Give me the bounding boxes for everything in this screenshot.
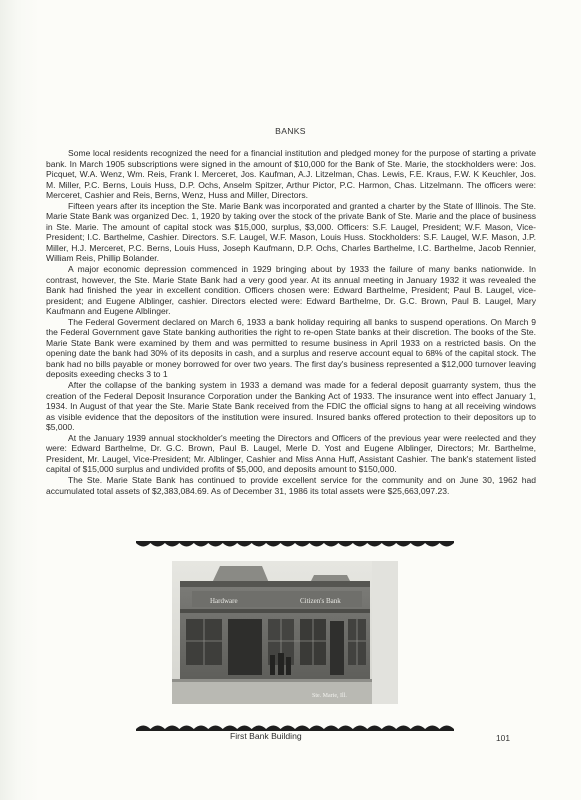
paragraph-5: After the collapse of the banking system… (46, 380, 536, 433)
scalloped-border-bottom (136, 724, 454, 731)
street-label: Ste. Marie, Ill. (312, 693, 347, 699)
scalloped-border-top (136, 541, 454, 548)
paragraph-7: The Ste. Marie State Bank has continued … (46, 475, 536, 496)
storefront-illustration: Hardware Citizen's Bank Ste. Marie, Ill. (172, 561, 398, 704)
page-number: 101 (496, 733, 510, 743)
sign-hardware: Hardware (210, 597, 238, 605)
paragraph-4: The Federal Goverment declared on March … (46, 317, 536, 380)
paragraph-6: At the January 1939 annual stockholder's… (46, 433, 536, 475)
page-title: BANKS (0, 126, 581, 136)
bank-building-photo: Hardware Citizen's Bank Ste. Marie, Ill. (172, 561, 398, 704)
photo-caption: First Bank Building (230, 731, 302, 741)
paragraph-2: Fifteen years after its inception the St… (46, 201, 536, 264)
paragraph-1: Some local residents recognized the need… (46, 148, 536, 201)
paragraph-3: A major economic depression commenced in… (46, 264, 536, 317)
article-body: Some local residents recognized the need… (46, 148, 536, 496)
sign-citizens-bank: Citizen's Bank (300, 597, 341, 605)
